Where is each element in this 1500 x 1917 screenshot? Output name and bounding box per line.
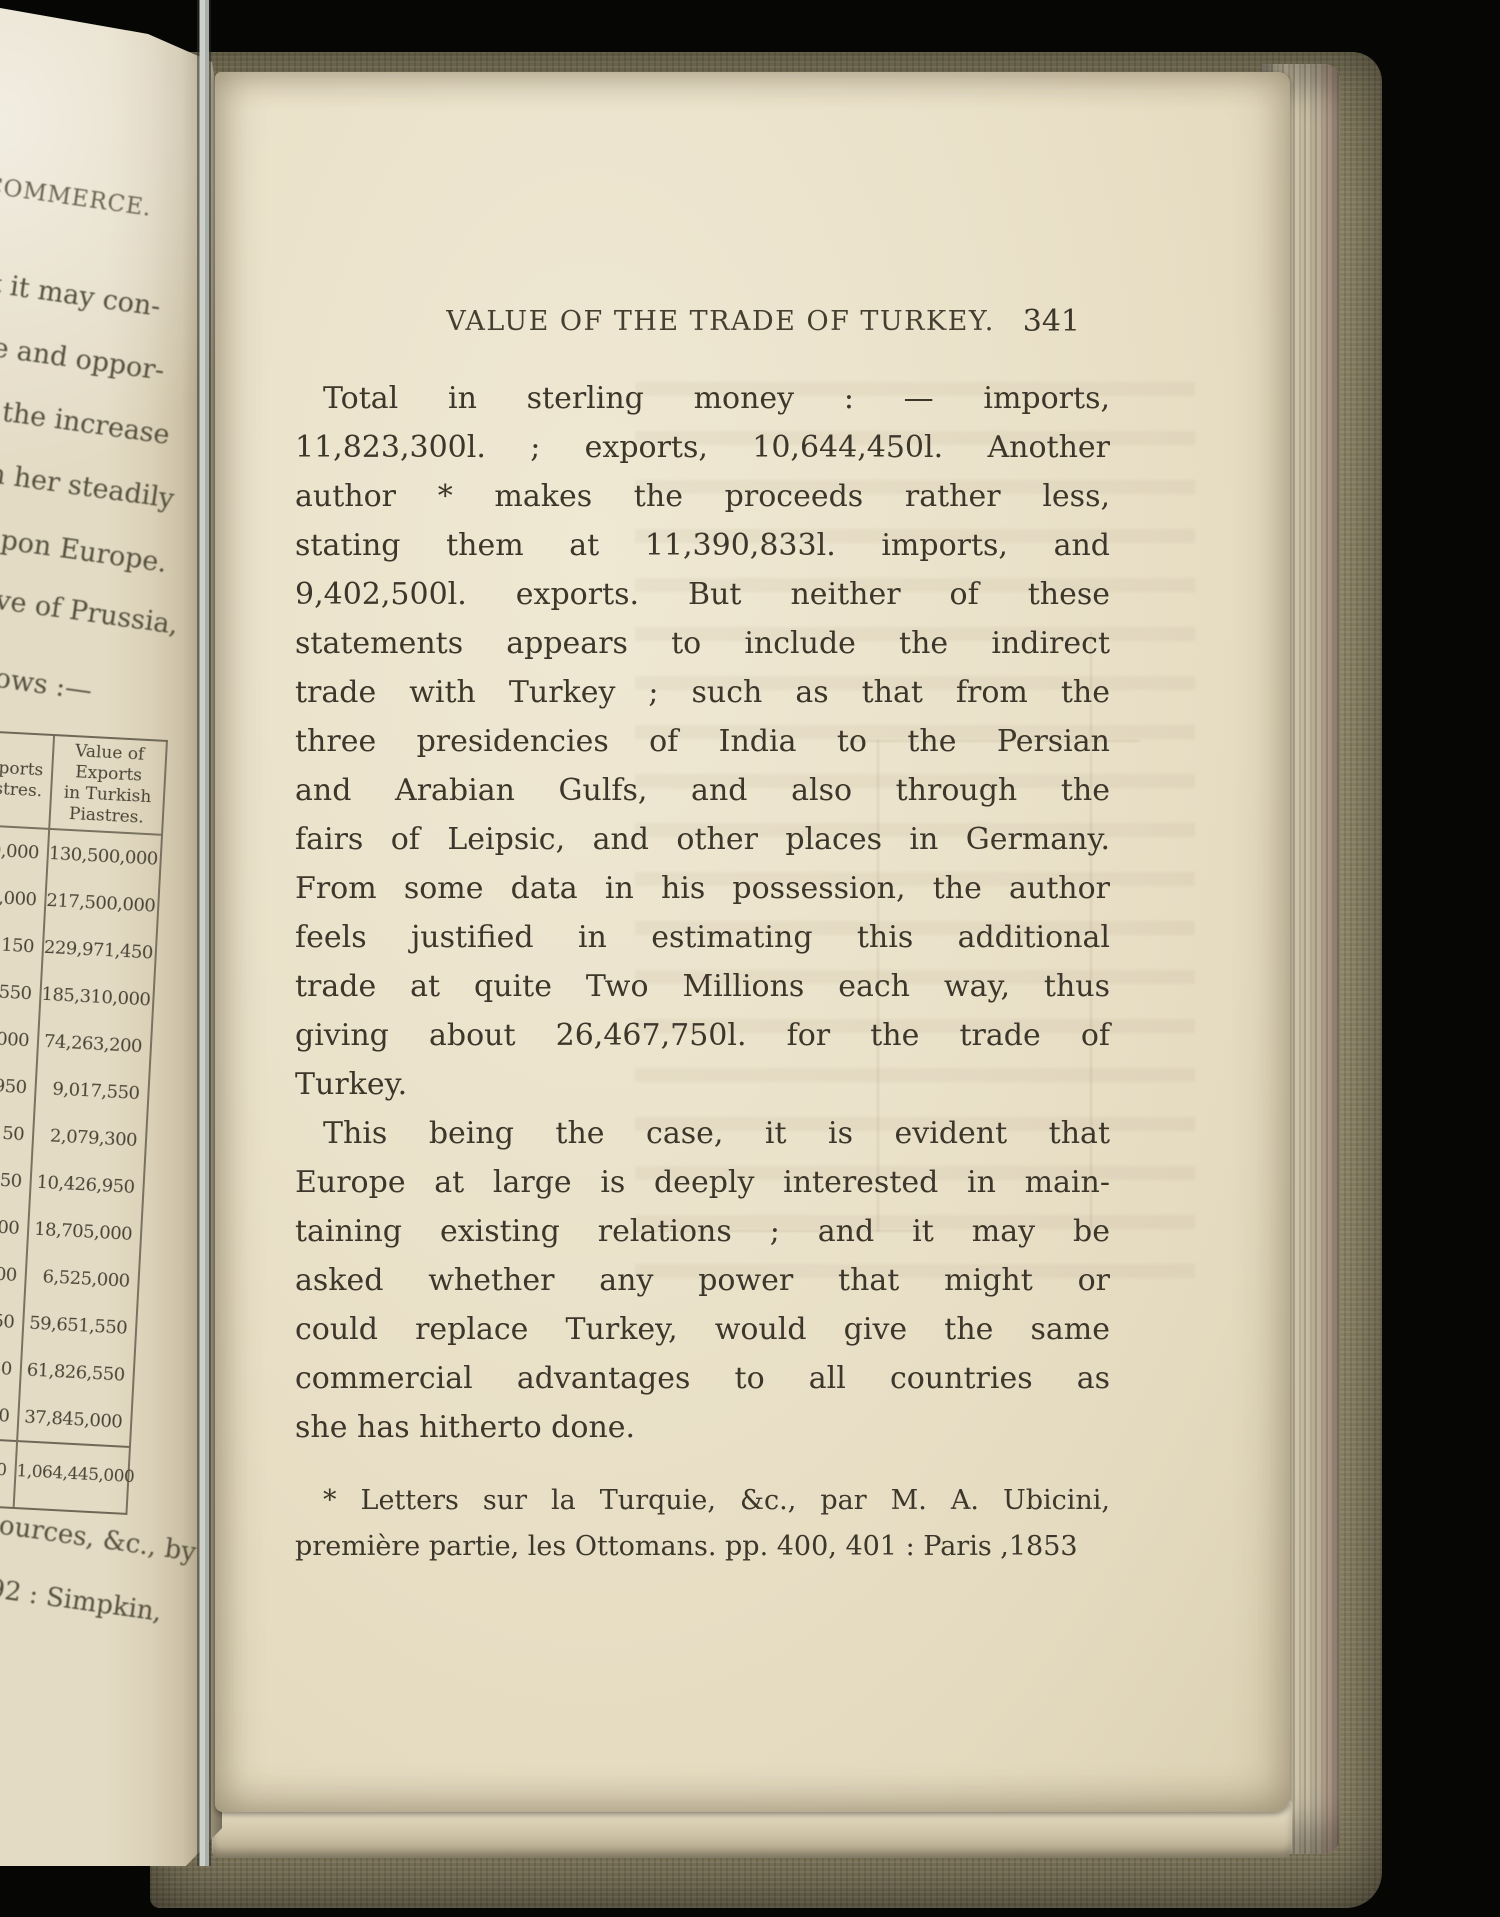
- body-line: 9,402,500l. exports. But neither of thes…: [295, 570, 1110, 619]
- left-page-snippet: 191, 192 : Simpkin,: [0, 1562, 164, 1628]
- body-line: From some data in his possession, the au…: [295, 864, 1110, 913]
- running-head: VALUE OF THE TRADE OF TURKEY.: [295, 306, 1110, 337]
- body-line: and Arabian Gulfs, and also through the: [295, 766, 1110, 815]
- body-line: taining existing relations ; and it may …: [295, 1207, 1110, 1256]
- left-page-snippet: ows :—: [0, 663, 94, 707]
- body-line: Turkey.: [295, 1060, 1110, 1109]
- table-cell: 59,651,550: [23, 1299, 136, 1352]
- main-page: VALUE OF THE TRADE OF TURKEY. 341 Total …: [215, 72, 1290, 1812]
- page-header: VALUE OF THE TRADE OF TURKEY. 341: [295, 306, 1110, 350]
- table-cell: 2,079,300: [33, 1112, 146, 1165]
- body-line: Total in sterling money : — imports,: [295, 374, 1110, 423]
- table-cell: 2,150: [0, 917, 43, 970]
- table-cell: 1,500: [0, 1387, 19, 1440]
- left-page-snippet: g upon Europe.: [0, 519, 169, 579]
- left-page-snippet: that it may con-: [0, 262, 162, 323]
- table-cell: 8,350: [0, 1152, 31, 1205]
- table-total-cell: 0,000: [0, 1433, 16, 1499]
- page-number: 341: [1023, 304, 1080, 339]
- table-cell: 10,426,950: [30, 1159, 143, 1212]
- footnote-line: première partie, les Ottomans. pp. 400, …: [295, 1524, 1110, 1570]
- table-cell: 229,971,450: [43, 924, 156, 977]
- body-line: asked whether any power that might or: [295, 1256, 1110, 1305]
- table-cell: 185,310,000: [40, 971, 153, 1024]
- paragraph-1: Total in sterling money : — imports, 11,…: [295, 374, 1110, 1109]
- paragraph-2: This being the case, it is evident that …: [295, 1109, 1110, 1452]
- body-line: stating them at 11,390,833l. imports, an…: [295, 521, 1110, 570]
- body-line: she has hitherto done.: [295, 1403, 1110, 1452]
- left-page-snippet: y, in her steadily: [0, 453, 176, 515]
- table-cell: 5,550: [0, 964, 41, 1017]
- body-line: This being the case, it is evident that: [295, 1109, 1110, 1158]
- body-line: giving about 26,467,750l. for the trade …: [295, 1011, 1110, 1060]
- body-line: Europe at large is deeply interested in …: [295, 1158, 1110, 1207]
- table-cell: 6,525,000: [26, 1252, 139, 1305]
- text-block: VALUE OF THE TRADE OF TURKEY. 341 Total …: [295, 306, 1110, 1570]
- body-line: 11,823,300l. ; exports, 10,644,450l. Ano…: [295, 423, 1110, 472]
- table-cell: 61,826,550: [21, 1346, 134, 1399]
- table-total-cell: 1,064,445,000: [15, 1440, 129, 1506]
- footnote: * Letters sur la Turquie, &c., par M. A.…: [295, 1478, 1110, 1570]
- table-cell: 0,000: [0, 870, 46, 923]
- left-page-running-header: H COMMERCE.: [0, 169, 154, 222]
- left-page: H COMMERCE. that it may con- time and op…: [0, 0, 222, 1866]
- table-cell: 2,850: [0, 1293, 24, 1346]
- table-cell: 37,845,000: [18, 1393, 131, 1446]
- table-cell: 18,705,000: [28, 1205, 141, 1258]
- book-photo: H COMMERCE. that it may con- time and op…: [0, 0, 1500, 1917]
- table-cell: 130,500,000: [48, 830, 161, 883]
- body-line: could replace Turkey, would give the sam…: [295, 1305, 1110, 1354]
- left-page-table-header-exports: Value of Exports in Turkish Piastres.: [50, 736, 166, 836]
- body-line: statements appears to include the indire…: [295, 619, 1110, 668]
- body-line: commercial advantages to all countries a…: [295, 1354, 1110, 1403]
- body-line: trade with Turkey ; such as that from th…: [295, 668, 1110, 717]
- table-cell: 0,000: [0, 1199, 28, 1252]
- gutter-page-edge: [197, 0, 217, 1866]
- table-cell: 0,150: [0, 1105, 33, 1158]
- left-page-snippet: for the increase: [0, 390, 172, 451]
- table-cell: 9,017,550: [35, 1065, 148, 1118]
- body-line: fairs of Leipsic, and other places in Ge…: [295, 815, 1110, 864]
- table-cell: 4,950: [0, 1058, 36, 1111]
- table-cell: 5,350: [0, 1340, 21, 1393]
- table-cell: 74,263,200: [38, 1018, 151, 1071]
- body-line: feels justified in estimating this addit…: [295, 913, 1110, 962]
- table-cell: 3,000: [0, 1011, 38, 1064]
- body-line: author * makes the proceeds rather less,: [295, 472, 1110, 521]
- left-page-snippet: time and oppor-: [0, 326, 166, 387]
- body-line: three presidencies of India to the Persi…: [295, 717, 1110, 766]
- table-cell: 0,000: [0, 823, 48, 876]
- table-cell: 217,500,000: [45, 877, 158, 930]
- footnote-line: * Letters sur la Turquie, &c., par M. A.…: [295, 1478, 1110, 1524]
- body-line: trade at quite Two Millions each way, th…: [295, 962, 1110, 1011]
- left-page-snippet: usive of Prussia,: [0, 579, 180, 641]
- left-page-table-header-imports: mports Piastres.: [0, 729, 53, 829]
- table-cell: 0,000: [0, 1246, 26, 1299]
- left-page-table: mports Piastres. 0,000 0,000 2,150 5,550…: [0, 727, 168, 1514]
